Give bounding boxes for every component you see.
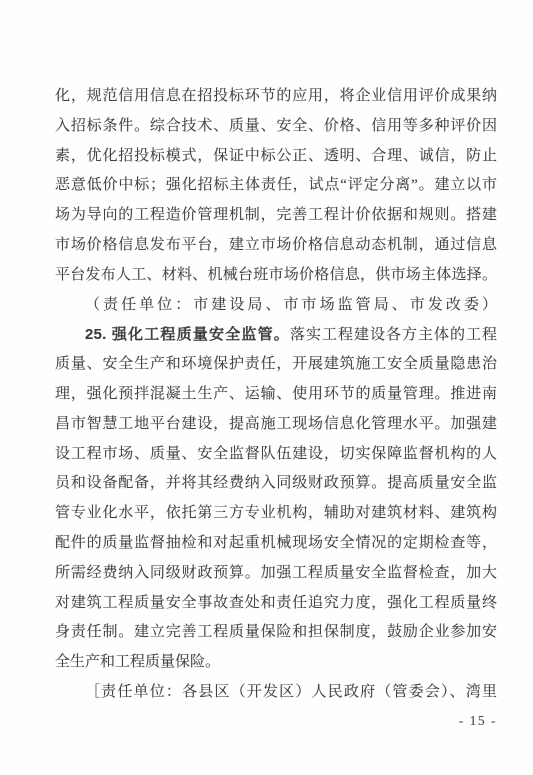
- document-text-block: 化，规范信用信息在招投标环节的应用，将企业信用评价成果纳 入招标条件。综合技术、…: [55, 82, 497, 708]
- text-line: 落实工程建设各方主体的工程: [290, 327, 497, 343]
- text-line: 员和设备配备，并将其经费纳入同级财政预算。提高质量安全监: [55, 469, 497, 499]
- responsibility-unit-line: ［责任单位：各县区（开发区）人民政府（管委会）、湾里: [55, 678, 497, 708]
- text-line: 全生产和工程质量保险。: [55, 648, 497, 678]
- text-line: 市场价格信息发布平台，建立市场价格信息动态机制，通过信息: [55, 231, 497, 261]
- document-page: 化，规范信用信息在招投标环节的应用，将企业信用评价成果纳 入招标条件。综合技术、…: [0, 0, 533, 775]
- page-number: - 15 -: [459, 712, 497, 730]
- section-number-heading: 25. 强化工程质量安全监管。: [85, 326, 290, 343]
- section-25-heading-line: 25. 强化工程质量安全监管。落实工程建设各方主体的工程: [55, 320, 497, 350]
- text-line: 平台发布人工、材料、机械台班市场价格信息，供市场主体选择。: [55, 261, 497, 291]
- text-line: 身责任制。建立完善工程质量保险和担保制度，鼓励企业参加安: [55, 618, 497, 648]
- text-line: 恶意低价中标；强化招标主体责任，试点“评定分离”。建立以市: [55, 171, 497, 201]
- text-line: 昌市智慧工地平台建设，提高施工现场信息化管理水平。加强建: [55, 410, 497, 440]
- text-line: 素，优化招投标模式，保证中标公正、透明、合理、诚信，防止: [55, 142, 497, 172]
- text-line: 管专业化水平，依托第三方专业机构，辅助对建筑材料、建筑构: [55, 499, 497, 529]
- text-line: 理，强化预拌混凝土生产、运输、使用环节的质量管理。推进南: [55, 380, 497, 410]
- responsibility-unit-line: （责任单位：市建设局、市市场监管局、市发改委）: [55, 291, 497, 321]
- text-line: 入招标条件。综合技术、质量、安全、价格、信用等多种评价因: [55, 112, 497, 142]
- text-line: 配件的质量监督抽检和对起重机械现场安全情况的定期检查等，: [55, 529, 497, 559]
- text-line: 所需经费纳入同级财政预算。加强工程质量安全监督检查，加大: [55, 559, 497, 589]
- text-line: 对建筑工程质量安全事故查处和责任追究力度，强化工程质量终: [55, 589, 497, 619]
- text-line: 化，规范信用信息在招投标环节的应用，将企业信用评价成果纳: [55, 82, 497, 112]
- text-line: 设工程市场、质量、安全监督队伍建设，切实保障监督机构的人: [55, 440, 497, 470]
- text-line: 场为导向的工程造价管理机制，完善工程计价依据和规则。搭建: [55, 201, 497, 231]
- text-line: 质量、安全生产和环境保护责任，开展建筑施工安全质量隐患治: [55, 350, 497, 380]
